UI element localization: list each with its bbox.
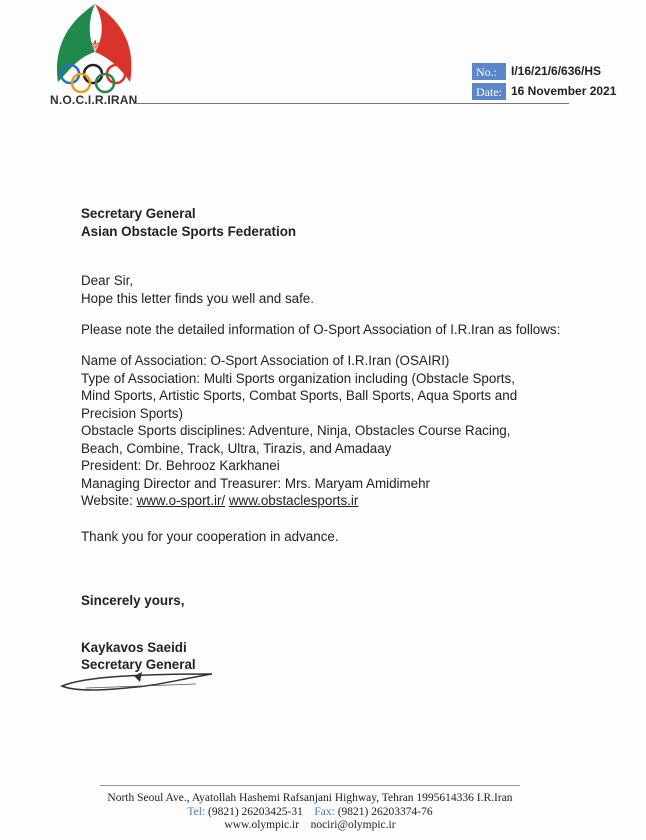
header-divider: [133, 103, 569, 104]
signature: [56, 668, 216, 694]
fax-value: (9821) 26203374-76: [338, 806, 433, 818]
logo-text: N.O.C.I.R.IRAN: [50, 93, 137, 107]
reference-number-row: No.: I/16/21/6/636/HS: [472, 62, 616, 80]
tel-value: (9821) 26203425-31: [208, 806, 303, 818]
detail-line: President: Dr. Behrooz Karkhanei: [81, 457, 280, 475]
website-link-obstaclesports[interactable]: www.obstaclesports.ir: [229, 493, 359, 508]
valediction: Sincerely yours,: [81, 592, 184, 610]
footer-contact: Tel: (9821) 26203425-31 Fax: (9821) 2620…: [90, 806, 530, 819]
date-label: Date:: [472, 83, 506, 100]
detail-line: Precision Sports): [81, 405, 183, 423]
detail-line: Type of Association: Multi Sports organi…: [81, 370, 515, 388]
greeting: Hope this letter finds you well and safe…: [81, 290, 314, 308]
recipient-organization: Asian Obstacle Sports Federation: [81, 223, 296, 241]
reference-number-label: No.:: [472, 63, 506, 80]
noc-iran-logo: ⚜: [48, 2, 138, 94]
date-value: 16 November 2021: [511, 84, 616, 98]
tel-label: Tel:: [187, 806, 205, 818]
svg-text:⚜: ⚜: [89, 38, 102, 54]
detail-line: Mind Sports, Artistic Sports, Combat Spo…: [81, 387, 517, 405]
reference-number-value: I/16/21/6/636/HS: [511, 64, 601, 78]
footer-divider: [100, 785, 520, 786]
detail-line: Beach, Combine, Track, Ultra, Tirazis, a…: [81, 440, 391, 458]
fax-label: Fax:: [314, 806, 334, 818]
detail-line: Name of Association: O-Sport Association…: [81, 352, 449, 370]
website-link-osport[interactable]: www.o-sport.ir/: [137, 493, 226, 508]
website-label: Website:: [81, 493, 137, 508]
detail-line: Managing Director and Treasurer: Mrs. Ma…: [81, 475, 430, 493]
detail-line: Obstacle Sports disciplines: Adventure, …: [81, 422, 510, 440]
signer-name: Kaykavos Saeidi: [81, 639, 187, 657]
footer-email[interactable]: nociri@olympic.ir: [311, 819, 396, 831]
website-line: Website: www.o-sport.ir/ www.obstaclespo…: [81, 492, 358, 510]
footer-web: www.olympic.ir nociri@olympic.ir: [90, 819, 530, 832]
date-row: Date: 16 November 2021: [472, 82, 616, 100]
recipient-title: Secretary General: [81, 205, 196, 223]
reference-block: No.: I/16/21/6/636/HS Date: 16 November …: [472, 62, 616, 102]
thanks-line: Thank you for your cooperation in advanc…: [81, 528, 339, 546]
footer-address: North Seoul Ave., Ayatollah Hashemi Rafs…: [90, 792, 530, 805]
intro-paragraph: Please note the detailed information of …: [81, 321, 560, 339]
footer-website[interactable]: www.olympic.ir: [224, 819, 299, 831]
salutation: Dear Sir,: [81, 272, 133, 290]
